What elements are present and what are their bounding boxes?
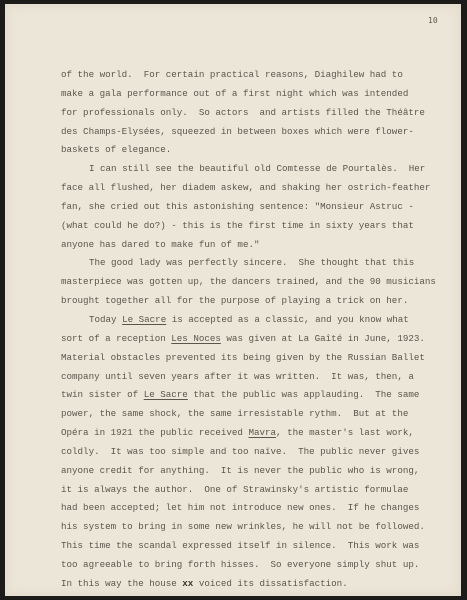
text-line: twin sister of Le Sacre that the public … [61,386,461,405]
text-line: (what could he do?) - this is the first … [61,217,461,236]
text-line: make a gala performance out of a first n… [61,85,461,104]
text-line: baskets of elegance. [61,141,461,160]
struck-out-text: xx [182,578,193,589]
text-segment: des Champs-Elysées, squeezed in between … [61,126,414,137]
text-segment: power, the same shock, the same irresist… [61,408,408,419]
text-line: Material obstacles prevented its being g… [61,349,461,368]
text-segment: too agreeable to bring forth hisses. So … [61,559,419,570]
text-line: face all flushed, her diadem askew, and … [61,179,461,198]
text-segment: coldly. It was too simple and too naïve.… [61,446,419,457]
text-segment: was given at La Gaîté in June, 1923. [221,333,425,344]
paragraph: of the world. For certain practical reas… [61,66,461,160]
typewritten-page: 10 of the world. For certain practical r… [5,4,461,596]
paragraph: The good lady was perfectly sincere. She… [61,254,461,311]
text-line: Opéra in 1921 the public received Mavra,… [61,424,461,443]
text-segment: masterpiece was gotten up, the dancers t… [61,276,436,287]
body-text: of the world. For certain practical reas… [61,66,461,594]
text-segment: had been accepted; let him not introduce… [61,502,419,513]
text-segment: brought together all for the purpose of … [61,295,408,306]
text-line: too agreeable to bring forth hisses. So … [61,556,461,575]
text-line: In this way the house xx voiced its diss… [61,575,461,594]
text-segment: twin sister of [61,389,144,400]
text-segment: I can still see the beautiful old Comtes… [89,163,425,174]
text-line: power, the same shock, the same irresist… [61,405,461,424]
text-line: for professionals only. So actors and ar… [61,104,461,123]
page-number: 10 [428,16,438,25]
text-line: brought together all for the purpose of … [61,292,461,311]
text-segment: make a gala performance out of a first n… [61,88,408,99]
underlined-title: Les Noces [171,333,221,344]
text-line: had been accepted; let him not introduce… [61,499,461,518]
text-segment: that the public was applauding. The same [188,389,420,400]
text-segment: company until seven years after it was w… [61,371,414,382]
text-line: sort of a reception Les Noces was given … [61,330,461,349]
text-line: company until seven years after it was w… [61,368,461,387]
text-segment: (what could he do?) - this is the first … [61,220,414,231]
text-line: coldly. It was too simple and too naïve.… [61,443,461,462]
text-line: This time the scandal expressed itself i… [61,537,461,556]
text-segment: , the master's last work, [276,427,414,438]
paragraph: Today Le Sacre is accepted as a classic,… [61,311,461,594]
text-line: masterpiece was gotten up, the dancers t… [61,273,461,292]
text-line: it is always the author. One of Strawins… [61,481,461,500]
text-segment: face all flushed, her diadem askew, and … [61,182,430,193]
text-segment: it is always the author. One of Strawins… [61,484,408,495]
text-line: anyone has dared to make fun of me." [61,236,461,255]
text-line: des Champs-Elysées, squeezed in between … [61,123,461,142]
text-segment: sort of a reception [61,333,171,344]
text-line: Today Le Sacre is accepted as a classic,… [61,311,461,330]
text-segment: Material obstacles prevented its being g… [61,352,425,363]
text-segment: for professionals only. So actors and ar… [61,107,425,118]
text-segment: In this way the house [61,578,182,589]
text-segment: anyone credit for anything. It is never … [61,465,419,476]
text-segment: The good lady was perfectly sincere. She… [89,257,414,268]
underlined-title: Le Sacre [122,314,166,325]
text-segment: of the world. For certain practical reas… [61,69,403,80]
text-segment: voiced its dissatisfaction. [193,578,347,589]
text-segment: fan, she cried out this astonishing sent… [61,201,414,212]
text-line: his system to bring in some new wrinkles… [61,518,461,537]
text-segment: is accepted as a classic, and you know w… [166,314,409,325]
text-line: anyone credit for anything. It is never … [61,462,461,481]
text-segment: baskets of elegance. [61,144,171,155]
text-segment: This time the scandal expressed itself i… [61,540,419,551]
underlined-title: Le Sacre [144,389,188,400]
text-segment: his system to bring in some new wrinkles… [61,521,425,532]
text-line: I can still see the beautiful old Comtes… [61,160,461,179]
text-segment: anyone has dared to make fun of me." [61,239,259,250]
text-segment: Today [89,314,122,325]
paragraph: I can still see the beautiful old Comtes… [61,160,461,254]
text-segment: Opéra in 1921 the public received [61,427,248,438]
underlined-title: Mavra [248,427,276,438]
text-line: The good lady was perfectly sincere. She… [61,254,461,273]
text-line: fan, she cried out this astonishing sent… [61,198,461,217]
text-line: of the world. For certain practical reas… [61,66,461,85]
